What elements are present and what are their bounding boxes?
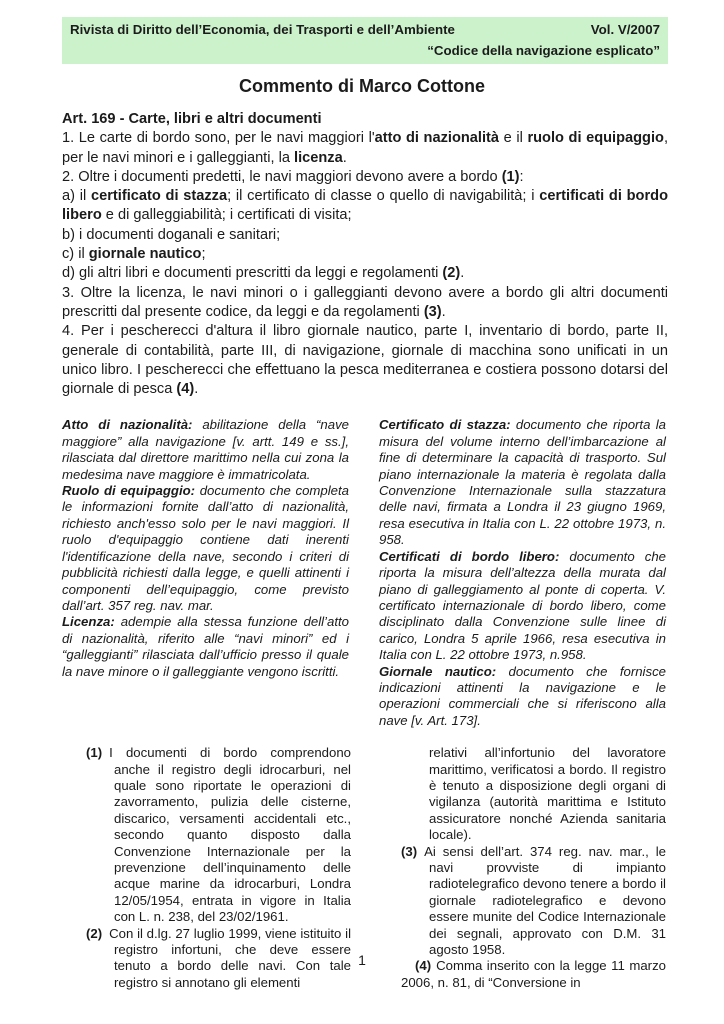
glossary-column-left: Atto di nazionalità: abilitazione della … — [62, 417, 349, 729]
glossary-term: Giornale nautico: — [379, 664, 496, 679]
glossary-term: Atto di nazionalità: — [62, 417, 192, 432]
glossary-definition: documento che completa le informazioni f… — [62, 483, 349, 613]
article-body: Art. 169 - Carte, libri e altri document… — [62, 110, 668, 399]
article-paragraph: 3. Oltre la licenza, le navi minori o i … — [62, 284, 668, 323]
footnote-text: Ai sensi dell’art. 374 reg. nav. mar., l… — [424, 844, 666, 957]
journal-header-row1: Rivista di Diritto dell’Economia, dei Tr… — [70, 20, 660, 41]
footnote-text: I documenti di bordo comprendono anche i… — [109, 745, 351, 924]
document-page: Rivista di Diritto dell’Economia, dei Tr… — [0, 0, 724, 1024]
footnote-1: (1)I documenti di bordo comprendono anch… — [86, 745, 351, 925]
glossary-term: Ruolo di equipaggio: — [62, 483, 195, 498]
glossary-definition: documento che riporta la misura dell’alt… — [379, 549, 666, 662]
article-paragraph: a) il certificato di stazza; il certific… — [62, 187, 668, 226]
glossary-entry: Giornale nautico: documento che fornisce… — [379, 664, 666, 730]
article-paragraph: 4. Per i pescherecci d'altura il libro g… — [62, 322, 668, 399]
article-paragraph: 2. Oltre i documenti predetti, le navi m… — [62, 168, 668, 187]
glossary-term: Licenza: — [62, 614, 115, 629]
series-title: “Codice della navigazione esplicato” — [427, 43, 660, 58]
page-title: Commento di Marco Cottone — [0, 76, 724, 97]
glossary: Atto di nazionalità: abilitazione della … — [62, 417, 666, 729]
glossary-column-right: Certificato di stazza: documento che rip… — [379, 417, 666, 729]
footnote-marker: (1) — [86, 745, 102, 760]
journal-title: Rivista di Diritto dell’Economia, dei Tr… — [70, 20, 455, 41]
glossary-definition: documento che riporta la misura del volu… — [379, 417, 666, 547]
footnote-marker: (2) — [86, 926, 102, 941]
glossary-term: Certificati di bordo libero: — [379, 549, 559, 564]
glossary-entry: Licenza: adempie alla stessa funzione de… — [62, 614, 349, 680]
article-paragraph: c) il giornale nautico; — [62, 245, 668, 264]
footnote-2-continuation: relativi all’infortunio del lavoratore m… — [429, 745, 666, 843]
glossary-entry: Certificati di bordo libero: documento c… — [379, 549, 666, 664]
article-paragraph: b) i documenti doganali e sanitari; — [62, 226, 668, 245]
article-paragraph: 1. Le carte di bordo sono, per le navi m… — [62, 129, 668, 168]
glossary-term: Certificato di stazza: — [379, 417, 511, 432]
article-heading: Art. 169 - Carte, libri e altri document… — [62, 110, 668, 129]
glossary-entry: Ruolo di equipaggio: documento che compl… — [62, 483, 349, 614]
journal-header: Rivista di Diritto dell’Economia, dei Tr… — [62, 17, 668, 64]
footnote-marker: (3) — [401, 844, 417, 859]
glossary-entry: Atto di nazionalità: abilitazione della … — [62, 417, 349, 483]
journal-header-row2: “Codice della navigazione esplicato” — [70, 41, 660, 62]
article-paragraph: d) gli altri libri e documenti prescritt… — [62, 264, 668, 283]
volume-label: Vol. V/2007 — [591, 20, 660, 41]
page-number: 1 — [0, 952, 724, 968]
footnote-3: (3)Ai sensi dell’art. 374 reg. nav. mar.… — [401, 844, 666, 959]
glossary-entry: Certificato di stazza: documento che rip… — [379, 417, 666, 548]
